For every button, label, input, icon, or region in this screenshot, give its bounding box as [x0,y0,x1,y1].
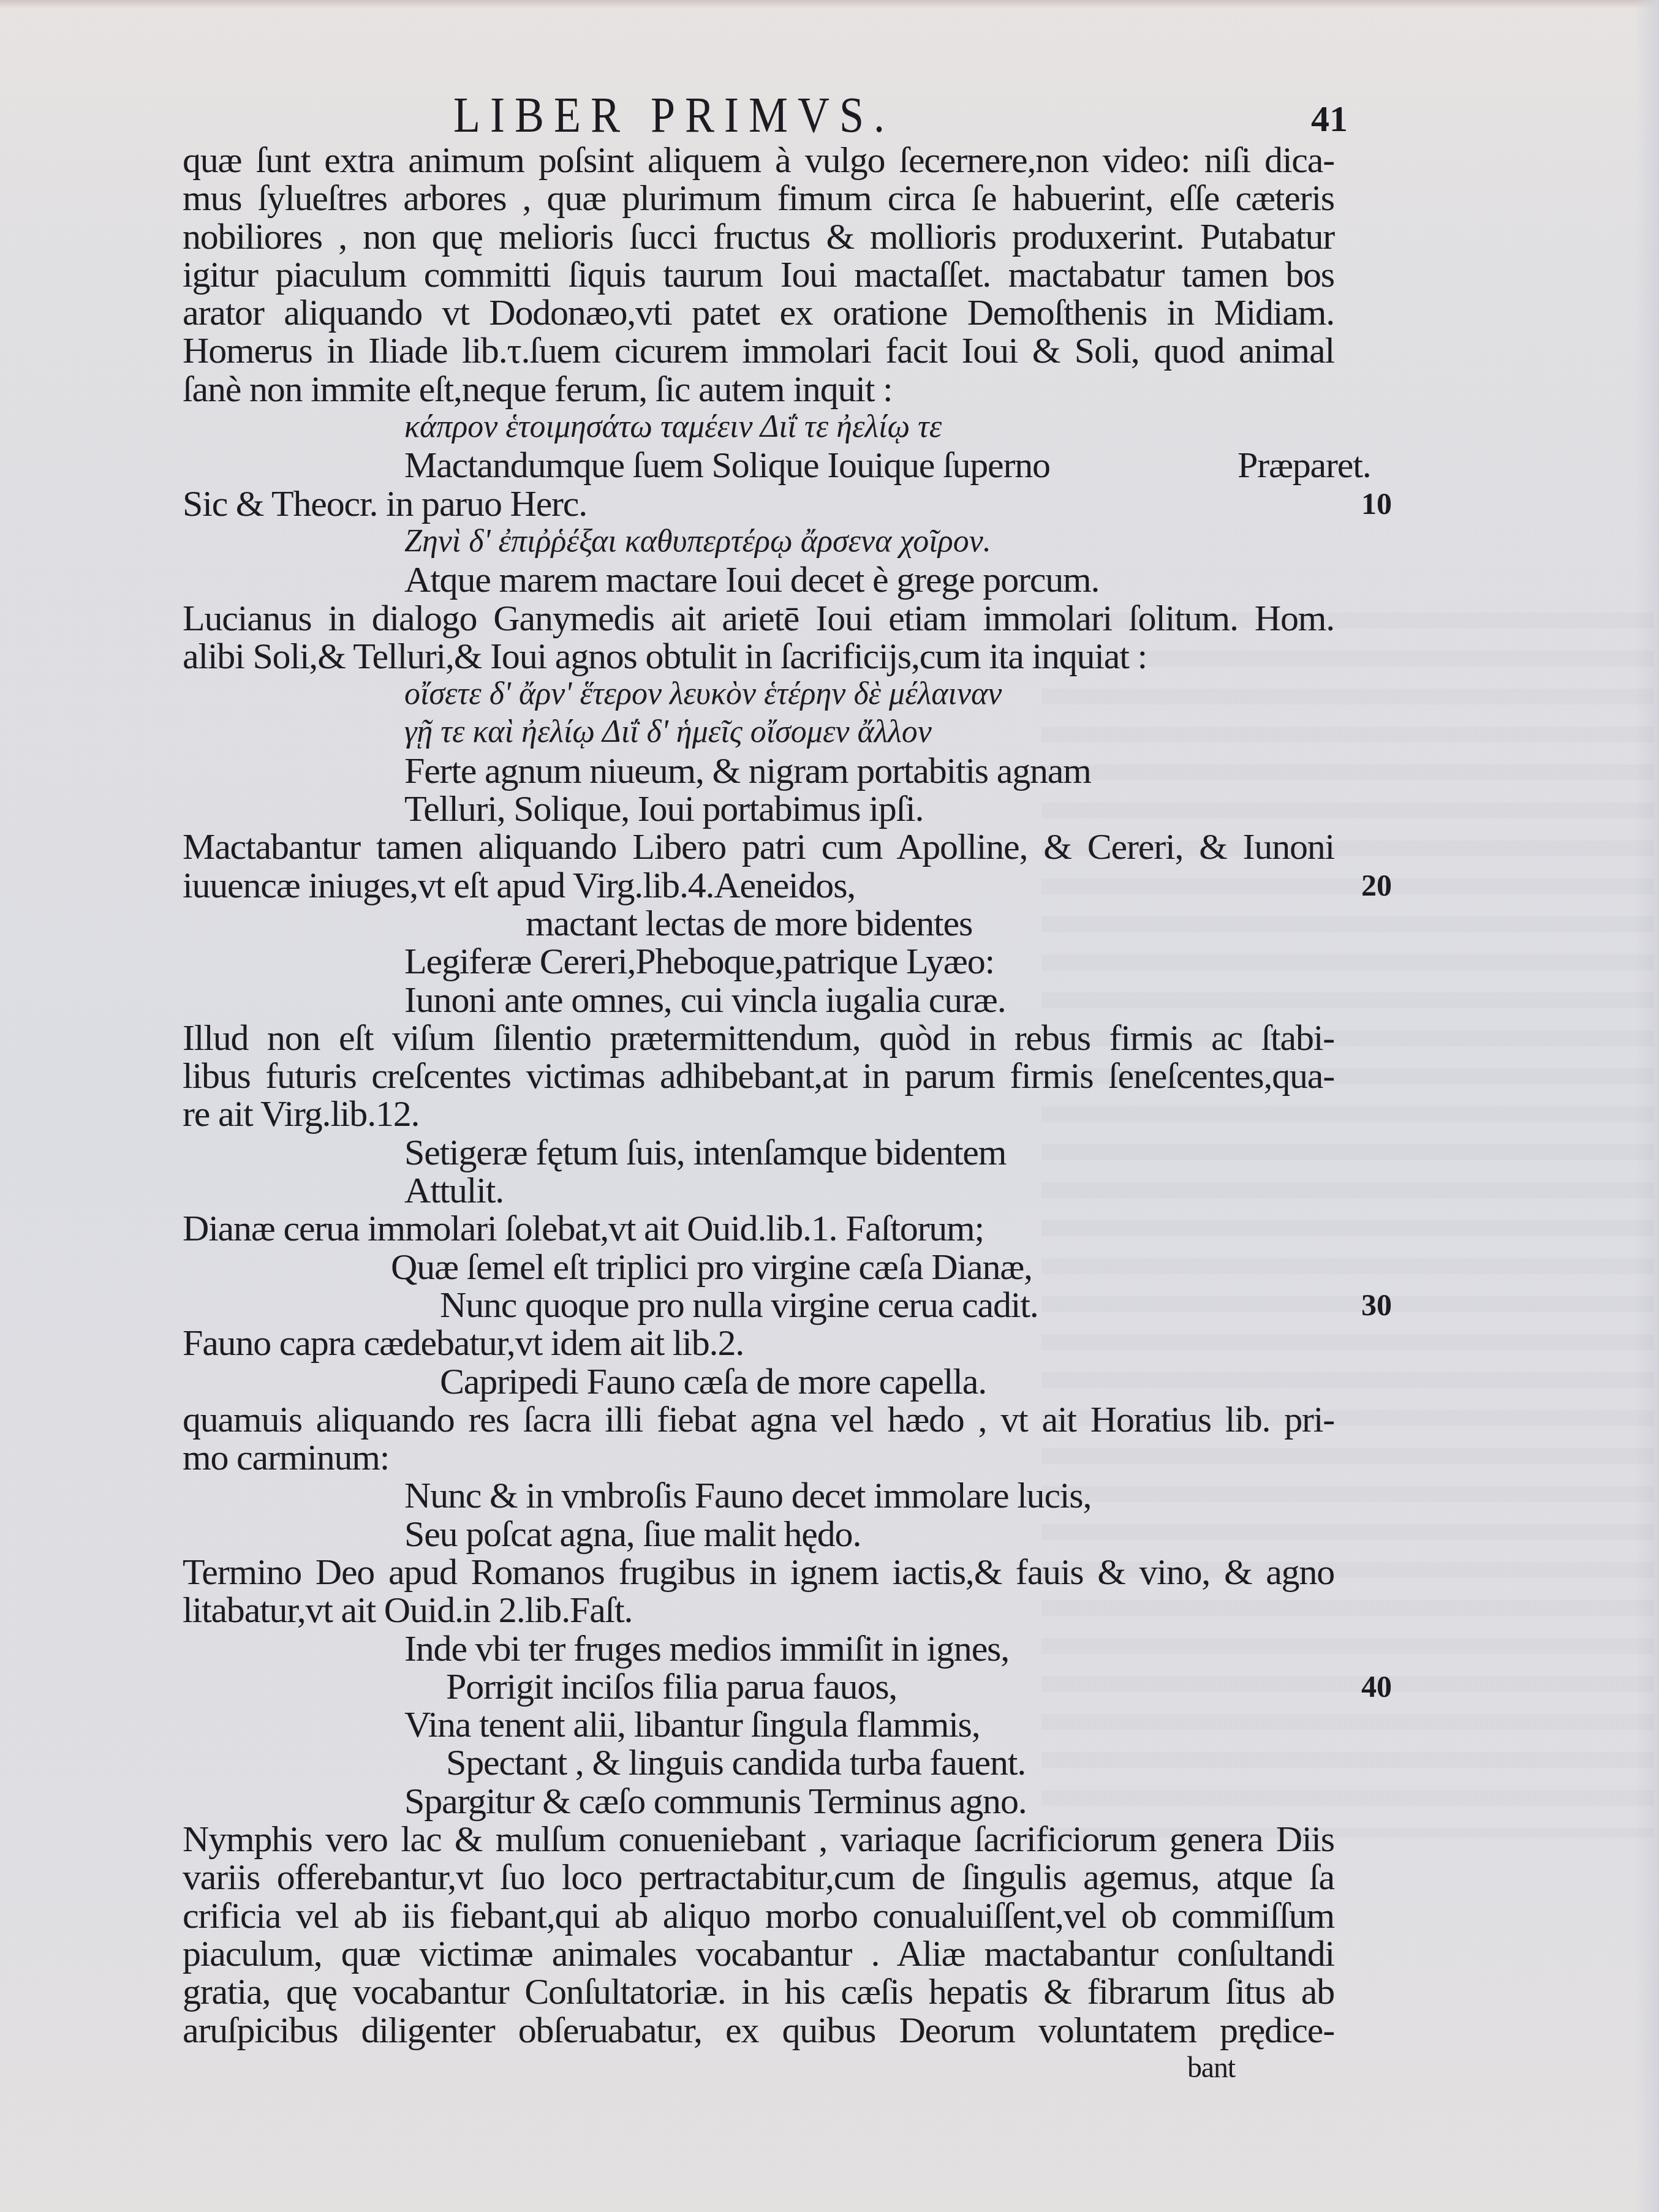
line-text: Mactabantur tamen aliquando Libero patri… [183,826,1334,867]
line-text: Mactandumque ſuem Solique Iouique ſupern… [404,445,1050,485]
line-text: Termino Deo apud Romanos frugibus in ign… [183,1552,1334,1592]
prose-line: Fauno capra cædebatur,vt idem ait lib.2. [183,1324,1334,1362]
verse-continuation: Præparet. [1238,446,1370,484]
line-text: mus ſylueſtres arbores , quæ plurimum fi… [183,178,1334,218]
verse-quotation-line: Legiferæ Cereri,Pheboque,patrique Lyæo: [404,942,1334,980]
line-text: libus futuris creſcentes victimas adhibe… [183,1055,1334,1096]
line-text: Fauno capra cædebatur,vt idem ait lib.2. [183,1323,744,1363]
line-text: mactant lectas de more bidentes [526,903,972,943]
line-text: Lucianus in dialogo Ganymedis ait arietē… [183,598,1334,638]
line-text: litabatur,vt ait Ouid.in 2.lib.Faſt. [183,1590,632,1630]
line-text: Nunc & in vmbroſis Fauno decet immolare … [404,1475,1091,1516]
greek-quotation-line: Ζηνὶ δ' ἐπιῤῥέξαι καθυπερτέρῳ ἄρσενα χοῖ… [404,523,1334,561]
prose-line: igitur piaculum committi ſiquis taurum I… [183,255,1334,293]
prose-line: piaculum, quæ victimæ animales vocabantu… [183,1935,1334,1972]
line-text: Iunoni ante omnes, cui vincla iugalia cu… [404,980,1005,1020]
prose-line: Homerus in Iliade lib.τ.ſuem cicurem imm… [183,331,1334,369]
line-text: iuuencæ iniuges,vt eſt apud Virg.lib.4.A… [183,865,855,905]
verse-quotation-line: Iunoni ante omnes, cui vincla iugalia cu… [404,981,1334,1019]
line-text: Homerus in Iliade lib.τ.ſuem cicurem imm… [183,330,1334,371]
verse-quotation-line: Capripedi Fauno cæſa de more capella. [440,1362,1334,1400]
line-text: mo carminum: [183,1437,389,1478]
margin-line-number: 10 [1361,485,1392,523]
page-number: 41 [1311,98,1348,140]
line-text: οἴσετε δ' ἄρν' ἕτερον λευκὸν ἑτέρην δὲ μ… [404,676,1002,711]
prose-line: ſanè non immite eſt,neque ferum, ſic aut… [183,370,1334,408]
line-text: crificia vel ab iis fiebant,qui ab aliqu… [183,1895,1334,1936]
line-text: aruſpicibus diligenter obſeruabatur, ex … [183,2010,1334,2050]
prose-line: quæ ſunt extra animum poſsint aliquem à … [183,141,1334,179]
line-text: Ferte agnum niueum, & nigram portabitis … [404,750,1091,791]
line-text: piaculum, quæ victimæ animales vocabantu… [183,1933,1334,1974]
verse-quotation-line: Ferte agnum niueum, & nigram portabitis … [404,752,1334,790]
prose-line: Nymphis vero lac & mulſum conueniebant ,… [183,1820,1334,1858]
verse-quotation-line: Setigeræ fętum ſuis, intenſamque bidente… [404,1133,1334,1171]
margin-line-number: 20 [1361,866,1392,904]
prose-line: Mactabantur tamen aliquando Libero patri… [183,828,1334,866]
prose-line: litabatur,vt ait Ouid.in 2.lib.Faſt. [183,1591,1334,1629]
line-text: κάπρον ἑτοιμησάτω ταμέειν Διΐ τε ἠελίῳ τ… [404,409,942,444]
verse-quotation-line: Porrigit inciſos filia parua fauos, [446,1667,1334,1705]
line-text: alibi Soli,& Telluri,& Ioui agnos obtuli… [183,636,1147,676]
line-text: Vina tenent alii, libantur ſingula flamm… [404,1704,980,1745]
prose-line: arator aliquando vt Dodonæo,vti patet ex… [183,293,1334,331]
line-text: Setigeræ fętum ſuis, intenſamque bidente… [404,1132,1006,1172]
line-text: Atque marem mactare Ioui decet è grege p… [404,559,1099,600]
prose-line: Dianæ cerua immolari ſolebat,vt ait Ouid… [183,1209,1334,1247]
line-text: Spectant , & linguis candida turba fauen… [446,1742,1026,1783]
line-text: igitur piaculum committi ſiquis taurum I… [183,254,1334,295]
page-right-edge [1634,0,1659,2212]
catchword: bant [1187,2049,1334,2087]
verse-quotation-line: Quæ ſemel eſt triplici pro virgine cæſa … [391,1248,1334,1286]
verse-quotation-line: mactant lectas de more bidentes [526,904,1334,942]
line-text: Legiferæ Cereri,Pheboque,patrique Lyæo: [404,941,994,981]
verse-quotation-line: Inde vbi ter fruges medios immiſit in ig… [404,1629,1334,1667]
prose-line: mo carminum: [183,1438,1334,1476]
prose-line: mus ſylueſtres arbores , quæ plurimum fi… [183,179,1334,217]
prose-line: Sic & Theocr. in paruo Herc. [183,485,1334,523]
greek-quotation-line: κάπρον ἑτοιμησάτω ταμέειν Διΐ τε ἠελίῳ τ… [404,408,1334,446]
line-text: Spargitur & cæſo communis Terminus agno. [404,1781,1027,1821]
verse-quotation-line: Spargitur & cæſo communis Terminus agno. [404,1782,1334,1820]
line-text: Nymphis vero lac & mulſum conueniebant ,… [183,1819,1334,1859]
prose-line: aruſpicibus diligenter obſeruabatur, ex … [183,2011,1334,2049]
running-head: LIBER PRIMVS. [453,86,894,144]
line-text: Illud non eſt viſum ſilentio prætermitte… [183,1017,1334,1058]
line-text: gratia, quę vocabantur Conſultatoriæ. in… [183,1971,1334,2012]
prose-line: re ait Virg.lib.12. [183,1095,1334,1133]
verse-quotation-line: Atque marem mactare Ioui decet è grege p… [404,561,1334,598]
prose-line: nobiliores , non quę melioris ſucci fruc… [183,217,1334,255]
verse-quotation-line: Mactandumque ſuem Solique Iouique ſupern… [404,446,1334,484]
line-text: Attulit. [404,1170,504,1210]
line-text: arator aliquando vt Dodonæo,vti patet ex… [183,292,1334,333]
prose-line: crificia vel ab iis fiebant,qui ab aliqu… [183,1897,1334,1935]
line-text: Sic & Theocr. in paruo Herc. [183,483,587,524]
body-text: quæ ſunt extra animum poſsint aliquem à … [183,141,1334,2087]
prose-line: Lucianus in dialogo Ganymedis ait arietē… [183,599,1334,637]
line-text: nobiliores , non quę melioris ſucci fruc… [183,216,1334,257]
verse-quotation-line: Spectant , & linguis candida turba fauen… [446,1743,1334,1781]
line-text: Ζηνὶ δ' ἐπιῤῥέξαι καθυπερτέρῳ ἄρσενα χοῖ… [404,524,991,559]
prose-line: variis offerebantur,vt ſuo loco pertract… [183,1858,1334,1896]
line-text: Seu poſcat agna, ſiue malit hędo. [404,1514,861,1554]
verse-quotation-line: Vina tenent alii, libantur ſingula flamm… [404,1705,1334,1743]
line-text: Porrigit inciſos filia parua fauos, [446,1666,897,1707]
line-text: bant [1187,2052,1235,2084]
prose-line: Termino Deo apud Romanos frugibus in ign… [183,1553,1334,1591]
greek-quotation-line: οἴσετε δ' ἄρν' ἕτερον λευκὸν ἑτέρην δὲ μ… [404,675,1334,713]
line-text: γῇ τε καὶ ἠελίῳ Διΐ δ' ἡμεῖς οἴσομεν ἄλλ… [404,714,932,749]
line-text: Dianæ cerua immolari ſolebat,vt ait Ouid… [183,1208,984,1248]
line-text: Capripedi Fauno cæſa de more capella. [440,1361,986,1402]
line-text: variis offerebantur,vt ſuo loco pertract… [183,1857,1334,1897]
verse-quotation-line: Telluri, Solique, Ioui portabimus ipſi. [404,790,1334,828]
prose-line: iuuencæ iniuges,vt eſt apud Virg.lib.4.A… [183,866,1334,904]
line-text: Inde vbi ter fruges medios immiſit in ig… [404,1628,1009,1669]
page-top-edge [0,0,1659,9]
line-text: quæ ſunt extra animum poſsint aliquem à … [183,140,1334,180]
greek-quotation-line: γῇ τε καὶ ἠελίῳ Διΐ δ' ἡμεῖς οἴσομεν ἄλλ… [404,713,1334,751]
line-text: Nunc quoque pro nulla virgine cerua cadi… [440,1285,1038,1325]
margin-line-number: 40 [1361,1667,1392,1705]
prose-line: quamuis aliquando res ſacra illi fiebat … [183,1400,1334,1438]
line-text: Telluri, Solique, Ioui portabimus ipſi. [404,788,923,829]
verse-quotation-line: Attulit. [404,1171,1334,1209]
line-text: re ait Virg.lib.12. [183,1093,419,1134]
line-text: quamuis aliquando res ſacra illi fiebat … [183,1399,1334,1440]
line-text: Quæ ſemel eſt triplici pro virgine cæſa … [391,1247,1032,1287]
line-text: ſanè non immite eſt,neque ferum, ſic aut… [183,369,892,409]
verse-quotation-line: Seu poſcat agna, ſiue malit hędo. [404,1515,1334,1553]
verse-quotation-line: Nunc quoque pro nulla virgine cerua cadi… [440,1286,1334,1324]
prose-line: alibi Soli,& Telluri,& Ioui agnos obtuli… [183,637,1334,675]
verse-quotation-line: Nunc & in vmbroſis Fauno decet immolare … [404,1476,1334,1514]
prose-line: Illud non eſt viſum ſilentio prætermitte… [183,1019,1334,1057]
prose-line: libus futuris creſcentes victimas adhibe… [183,1057,1334,1095]
prose-line: gratia, quę vocabantur Conſultatoriæ. in… [183,1972,1334,2010]
margin-line-number: 30 [1361,1286,1392,1324]
